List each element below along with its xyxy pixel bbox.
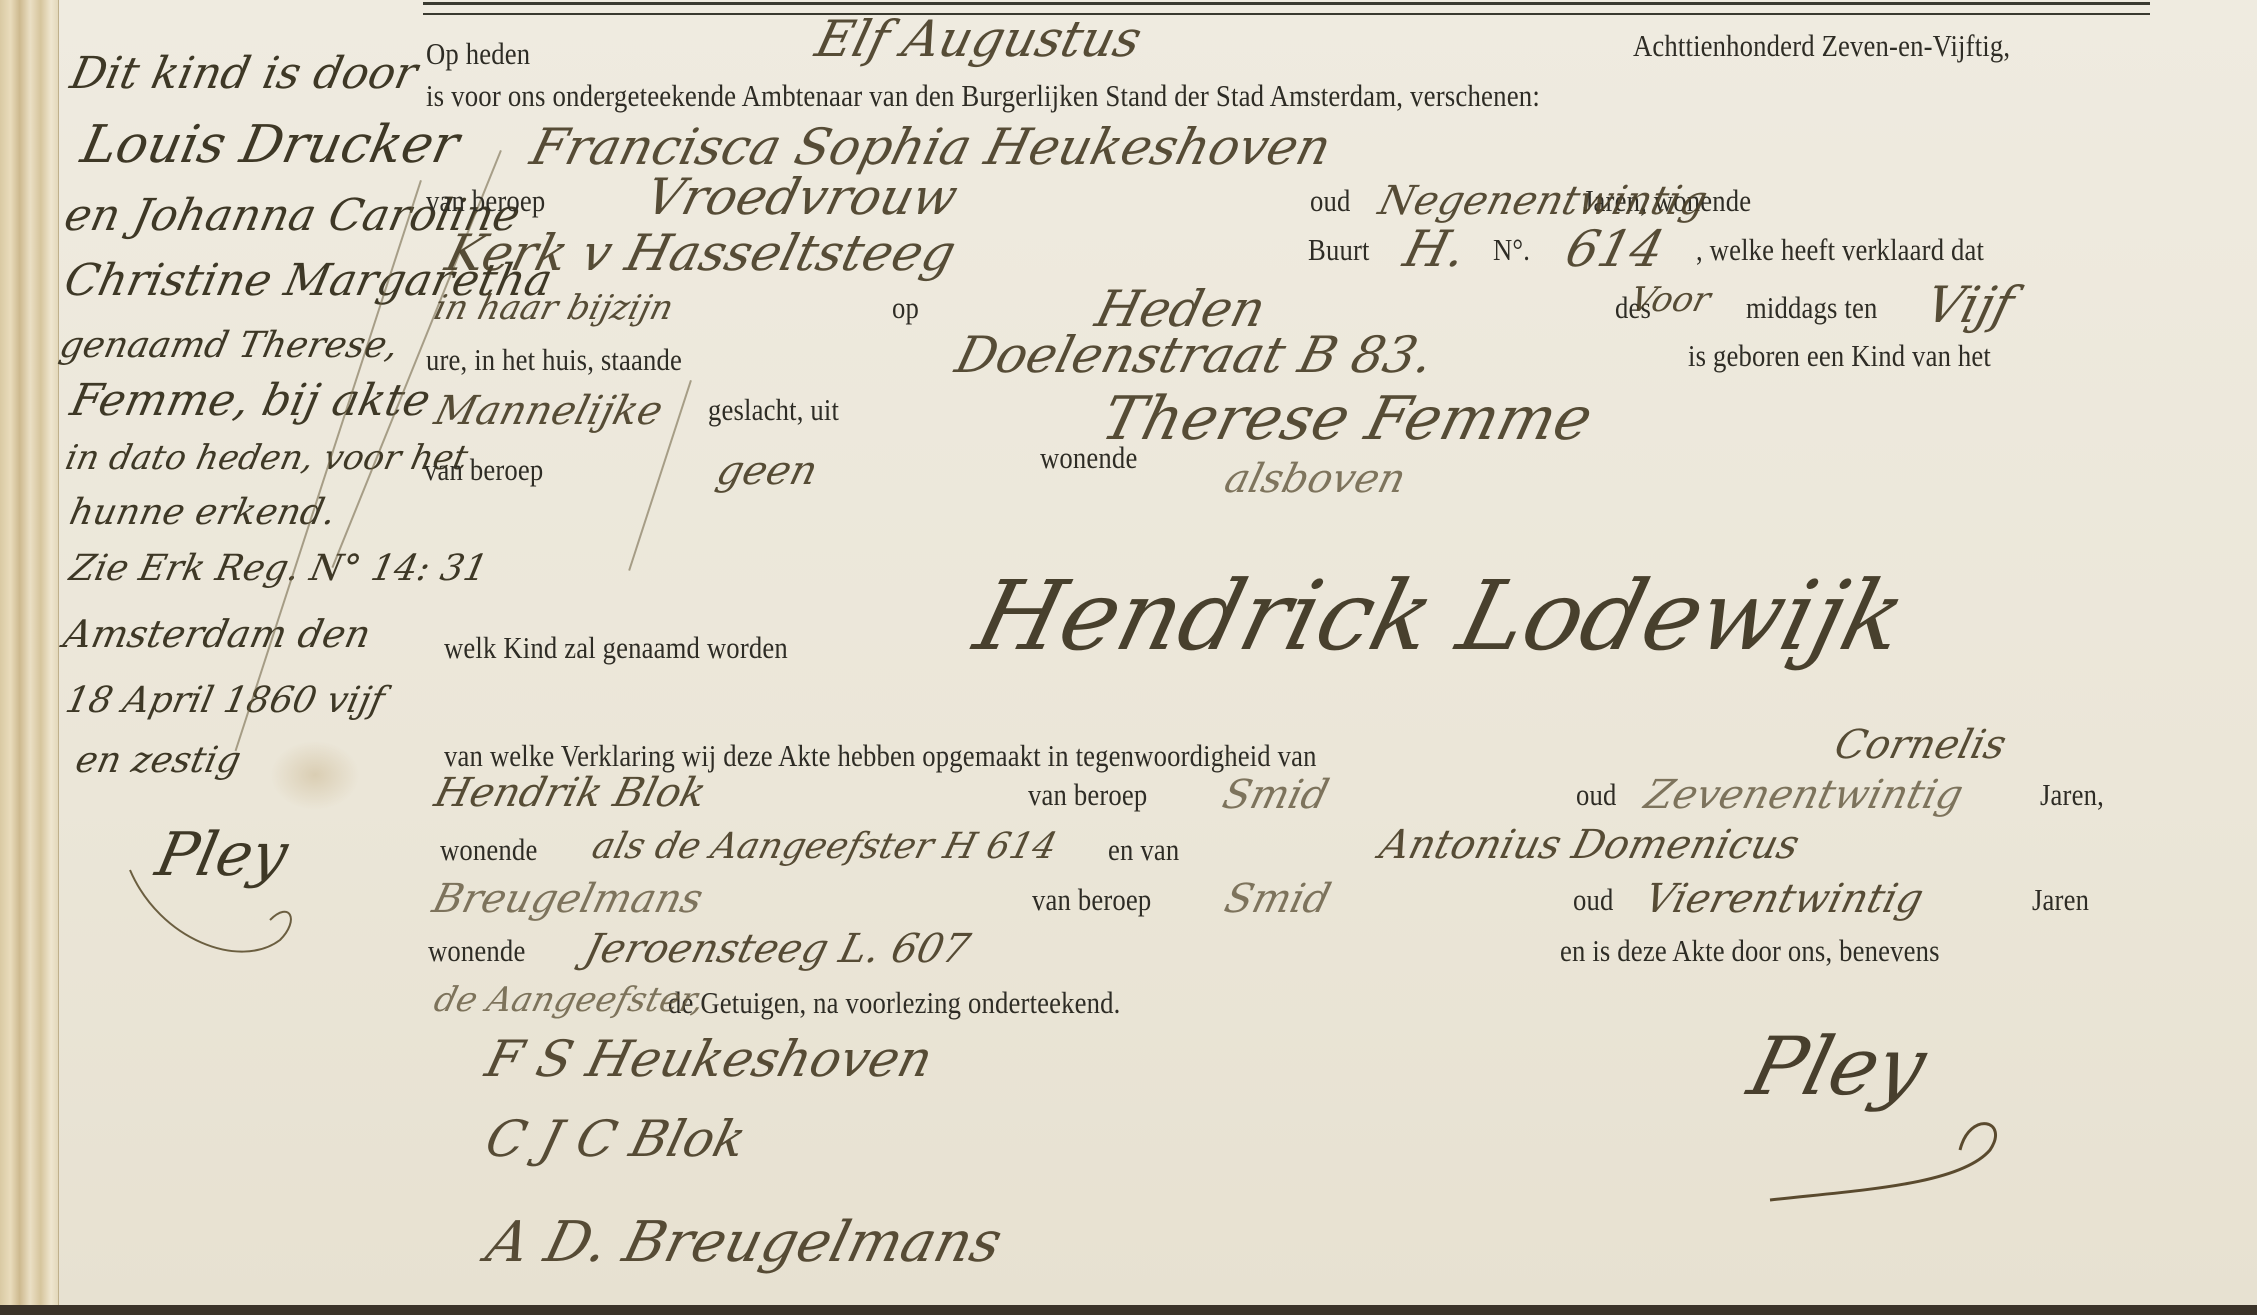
margin-line: Dit kind is door: [66, 48, 422, 99]
header-rule-top: [423, 2, 2150, 5]
hw-witness2-profession: Smid: [1220, 876, 1335, 922]
printed-jaren-comma: Jaren,: [2040, 777, 2104, 813]
printed-op: op: [892, 290, 919, 326]
hw-witness1-rest: Hendrik Blok: [430, 770, 711, 816]
printed-no: N°.: [1493, 232, 1530, 268]
hw-witness2-address: Jeroensteeg L. 607: [580, 926, 974, 972]
printed-van-beroep-3: van beroep: [1028, 777, 1147, 813]
margin-line: Amsterdam den: [60, 612, 375, 656]
margin-line: 18 April 1860 vijf: [62, 680, 388, 721]
printed-oud-2: oud: [1576, 777, 1617, 813]
hw-child-name: Hendrick Lodewijk: [965, 560, 1916, 672]
printed-year: Achttienhonderd Zeven-en-Vijftig,: [1633, 28, 2010, 64]
printed-oud: oud: [1310, 183, 1351, 219]
signature-declarant: F S Heukeshoven: [480, 1030, 938, 1088]
hw-de-aangeefster: de Aangeefster,: [430, 980, 709, 1020]
printed-welk-kind: welk Kind zal genaamd worden: [444, 630, 788, 666]
printed-getuigen: de Getuigen, na voorlezing onderteekend.: [668, 985, 1121, 1021]
hw-declarant-age: Negenentwintig: [1374, 178, 1712, 224]
printed-verklaring: van welke Verklaring wij deze Akte hebbe…: [444, 738, 1317, 774]
hw-declarant-profession: Vroedvrouw: [640, 168, 963, 226]
printed-en-van: en van: [1108, 832, 1179, 868]
hw-mother-profession: geen: [712, 448, 822, 494]
hw-witness2-rest: Breugelmans: [428, 876, 708, 922]
printed-geslacht-uit: geslacht, uit: [708, 392, 839, 428]
printed-buurt: Buurt: [1308, 232, 1370, 268]
hw-day: Elf Augustus: [810, 10, 1147, 68]
printed-middags-ten: middags ten: [1746, 290, 1877, 326]
printed-wonende-2: wonende: [440, 832, 537, 868]
hw-in-haar-bijzijn: in haar bijzijn: [430, 288, 677, 328]
printed-van-beroep-4: van beroep: [1032, 882, 1151, 918]
margin-line: en zestig: [72, 740, 244, 781]
printed-welke-heeft: , welke heeft verklaard dat: [1696, 232, 1984, 268]
page-edge: [0, 1305, 2257, 1315]
hw-time-part: Voor: [1626, 280, 1715, 320]
hw-witness1-profession: Smid: [1218, 772, 1333, 818]
hw-declarant-address: Kerk v Hasseltsteeg: [440, 224, 962, 282]
margin-line: genaamd Therese,: [56, 325, 402, 366]
header-rule-bottom: [423, 13, 2150, 15]
printed-op-heden: Op heden: [426, 36, 530, 72]
margin-line: Zie Erk Reg. N° 14: 31: [66, 548, 491, 589]
hw-witness1-age: Zevenentwintig: [1640, 772, 1968, 818]
hw-witness2-first: Antonius Domenicus: [1375, 822, 1804, 868]
printed-en-is-deze: en is deze Akte door ons, benevens: [1560, 933, 1940, 969]
hw-mother-residence: alsboven: [1220, 456, 1410, 502]
hw-witness1-first: Cornelis: [1830, 722, 2011, 768]
book-binding: [0, 0, 58, 1315]
printed-van-beroep-2: van beroep: [424, 452, 543, 488]
margin-flourish: [120, 860, 320, 980]
signature-witness2: A D. Breugelmans: [480, 1210, 1008, 1275]
margin-line: in dato heden, voor het: [62, 438, 471, 478]
paraph-flourish: [1760, 1090, 2020, 1210]
margin-line: hunne erkend.: [66, 492, 340, 533]
hw-sex: Mannelijke: [430, 388, 667, 434]
printed-ure-huis: ure, in het huis, staande: [426, 342, 682, 378]
signature-witness1: C J C Blok: [480, 1110, 752, 1168]
printed-line2: is voor ons ondergeteekende Ambtenaar va…: [426, 78, 1540, 114]
hw-birth-hour: Vijf: [1920, 276, 2020, 334]
hw-witness2-age: Vierentwintig: [1640, 876, 1928, 922]
printed-van-beroep: van beroep: [426, 183, 545, 219]
margin-line: Louis Drucker: [76, 115, 464, 175]
hw-mother-name: Therese Femme: [1095, 384, 1599, 454]
printed-wonende-3: wonende: [428, 933, 525, 969]
printed-jaren-2: Jaren: [2032, 882, 2089, 918]
paper-stain: [270, 740, 360, 810]
hw-buurt-number: 614: [1560, 220, 1670, 278]
hw-witness1-address: als de Aangeefster H 614: [588, 826, 1061, 867]
margin-line: Femme, bij akte: [66, 375, 435, 426]
printed-oud-3: oud: [1573, 882, 1614, 918]
printed-is-geboren: is geboren een Kind van het: [1688, 338, 1991, 374]
hw-birth-street: Doelenstraat B 83.: [950, 326, 1439, 384]
